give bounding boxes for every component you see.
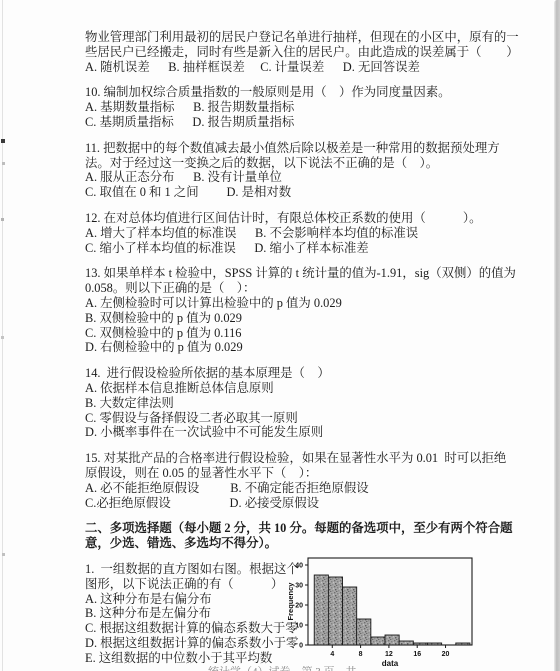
scan-speck	[1, 336, 4, 339]
section-two-heading: 二、多项选择题（每小题 2 分，共 10 分。每题的备选项中，至少有两个符合题 …	[85, 521, 485, 551]
scan-speck	[2, 553, 5, 556]
text-line: D. 右侧检验中的 p 值为 0.029	[85, 340, 485, 355]
text-line: 0.058。则以下正确的是（ ）：	[85, 281, 485, 296]
text-line: 原假设，则在 0.05 的显著性水平下（ ）：	[85, 466, 485, 481]
histogram-figure: 01020304048121620Frequencydata	[286, 550, 486, 671]
question-10: 10. 编制加权综合质量指数的一般原则是用（ ）作为同度量因素。 A. 基期数量…	[85, 85, 485, 129]
text-line: 12. 在对总体均值进行区间估计时，有限总体校正系数的使用（ ）。	[85, 211, 485, 226]
text-line: 15. 对某批产品的合格率进行假设检验，如果在显著性水平为 0.01 时可以拒绝	[85, 451, 485, 466]
text-line: A. 随机误差 B. 抽样框误差 C. 计量误差 D. 无回答误差	[85, 60, 485, 75]
text-line: 意，少选、错选、多选均不得分）。	[85, 536, 485, 551]
text-line: C. 取值在 0 和 1 之间 D. 是相对数	[85, 185, 485, 200]
question-9: 物业管理部门利用最初的居民户登记名单进行抽样，但现在的小区中，原有的一 些居民户…	[85, 30, 485, 74]
page-scan-right-edge	[554, 0, 560, 671]
svg-text:data: data	[382, 659, 399, 668]
text-line: D. 小概率事件在一次试验中不可能发生原则	[85, 425, 485, 440]
histogram-svg: 01020304048121620Frequencydata	[286, 550, 486, 671]
text-line: 二、多项选择题（每小题 2 分，共 10 分。每题的备选项中，至少有两个符合题	[85, 521, 485, 536]
svg-text:40: 40	[295, 563, 303, 570]
question-13: 13. 如果单样本 t 检验中，SPSS 计算的 t 统计量的值为-1.91，s…	[85, 266, 485, 355]
text-line: A. 左侧检验时可以计算出检验中的 p 值为 0.029	[85, 296, 485, 311]
text-line: 法。对于经过这一变换之后的数据，以下说法不正确的是（ ）。	[85, 156, 485, 171]
text-line: B. 大数定律法则	[85, 396, 485, 411]
footer-fragment: 统计学（4）试卷 第 3 页 共 4 页	[208, 666, 358, 671]
svg-text:Frequency: Frequency	[286, 582, 295, 621]
text-line: A. 服从正态分布 B. 没有计量单位	[85, 170, 485, 185]
question-12: 12. 在对总体均值进行区间估计时，有限总体校正系数的使用（ ）。 A. 增大了…	[85, 211, 485, 255]
scan-speck	[1, 218, 4, 221]
text-line: 13. 如果单样本 t 检验中，SPSS 计算的 t 统计量的值为-1.91，s…	[85, 266, 485, 281]
text-line: B. 双侧检验中的 p 值为 0.029	[85, 311, 485, 326]
svg-text:20: 20	[295, 603, 303, 610]
question-15: 15. 对某批产品的合格率进行假设检验，如果在显著性水平为 0.01 时可以拒绝…	[85, 451, 485, 510]
question-11: 11. 把数据中的每个数值减去最小值然后除以极差是一种常用的数据预处理方 法。对…	[85, 141, 485, 200]
svg-text:10: 10	[295, 623, 303, 630]
text-line: A. 必不能拒绝原假设 B. 不确定能否拒绝原假设	[85, 481, 485, 496]
svg-text:30: 30	[295, 583, 303, 590]
svg-text:8: 8	[359, 651, 363, 658]
text-line: C. 基期质量指标 D. 报告期质量指标	[85, 115, 485, 130]
svg-text:12: 12	[385, 651, 393, 658]
question-14: 14. 进行假设检验所依据的基本原理是（ ） A. 依据样本信息推断总体信息原则…	[85, 366, 485, 440]
text-line: 10. 编制加权综合质量指数的一般原则是用（ ）作为同度量因素。	[85, 85, 485, 100]
scan-speck	[2, 162, 5, 165]
svg-text:4: 4	[330, 651, 334, 658]
svg-text:0: 0	[299, 643, 303, 650]
text-line: 些居民户已经搬走，同时有些是新入住的居民户。由此造成的误差属于（ ）	[85, 45, 485, 60]
svg-text:16: 16	[413, 651, 421, 658]
scanned-exam-page: 物业管理部门利用最初的居民户登记名单进行抽样，但现在的小区中，原有的一 些居民户…	[0, 0, 560, 671]
text-line: 物业管理部门利用最初的居民户登记名单进行抽样，但现在的小区中，原有的一	[85, 30, 485, 45]
scan-speck	[1, 139, 5, 143]
text-line: A. 依据样本信息推断总体信息原则	[85, 381, 485, 396]
text-line: 14. 进行假设检验所依据的基本原理是（ ）	[85, 366, 485, 381]
text-line: A. 增大了样本均值的标准误 B. 不会影响样本均值的标准误	[85, 226, 485, 241]
text-line: A. 基期数量指标 B. 报告期数量指标	[85, 100, 485, 115]
text-line: C. 双侧检验中的 p 值为 0.116	[85, 326, 485, 341]
text-line: C. 缩小了样本均值的标准误 D. 缩小了样本标准差	[85, 241, 485, 256]
text-line: 11. 把数据中的每个数值减去最小值然后除以极差是一种常用的数据预处理方	[85, 141, 485, 156]
text-line: C. 零假设与备择假设二者必取其一原则	[85, 411, 485, 426]
svg-text:20: 20	[442, 651, 450, 658]
text-line: C.必拒绝原假设 D. 必接受原假设	[85, 496, 485, 511]
